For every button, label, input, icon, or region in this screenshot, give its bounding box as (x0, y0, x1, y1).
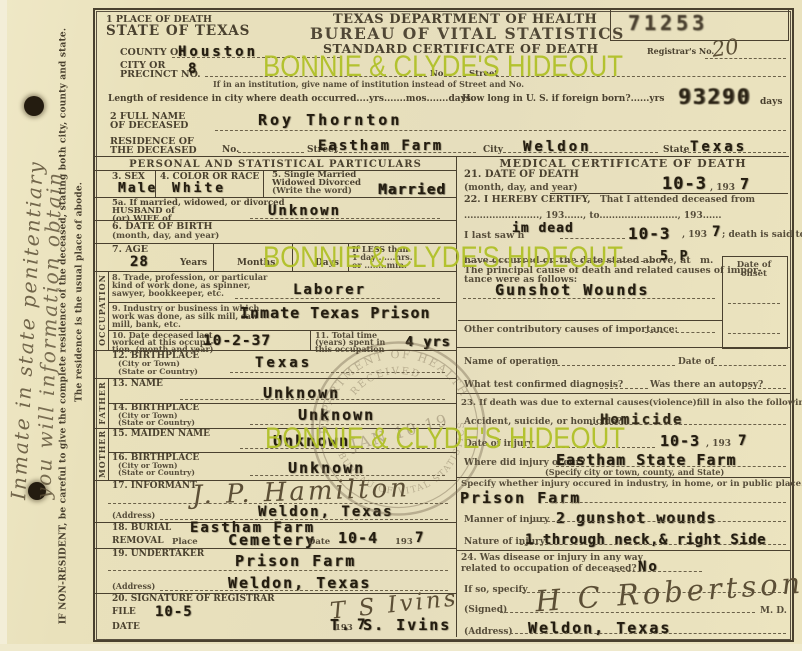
residence-length-label: Length of residence in city where death … (108, 95, 474, 104)
husband-value: Unknown (268, 204, 341, 218)
margin-printed-note-2: The residence is the usual place of abod… (76, 182, 85, 402)
if-so-specify-label: If so, specify (464, 586, 528, 595)
dotted-line (612, 571, 702, 572)
watermark-middle: BONNIE & CLYDE'S HIDEOUT (263, 241, 623, 275)
full-name-label-2: OF DECEASED (110, 121, 188, 131)
last-saw-year-printed: , 193 (682, 231, 707, 240)
birthplace-value: Texas (255, 356, 312, 370)
mother-birthplace-sub-2: (State or Country) (118, 469, 195, 477)
file-label: FILE (112, 608, 136, 617)
dotted-line (215, 130, 786, 131)
father-name-label: 13. NAME (112, 380, 163, 389)
dotted-line (532, 521, 786, 522)
rule (458, 320, 722, 321)
watermark-bottom: BONNIE & CLYDE'S HIDEOUT (265, 422, 625, 456)
rule (456, 393, 790, 394)
last-saw-date: 10-3 (628, 226, 671, 242)
injury-date-value: 10-3 (660, 434, 700, 449)
date-label: DATE (112, 623, 140, 632)
burial-date-value: 10-4 (338, 531, 378, 546)
trade-value: Laborer (293, 283, 366, 297)
dotted-line (510, 633, 786, 634)
mother-cell-divider (108, 428, 109, 480)
dotted-line (748, 388, 786, 389)
hole-punch-top (24, 96, 44, 116)
residence-city-label: City (483, 146, 503, 155)
burial-date-label: Date (308, 538, 330, 547)
q24-label-1: 24. Was disease or injury in any way (461, 554, 643, 563)
dod-year-typed: 7 (740, 177, 750, 192)
age-value: 28 (130, 255, 149, 269)
injury-year-typed: 7 (738, 434, 747, 448)
full-name-value: Roy Thornton (258, 113, 402, 128)
dotted-line (547, 365, 675, 366)
dotted-line (108, 570, 448, 571)
undertaker-address-label: (Address) (112, 582, 155, 590)
age-years-label: Years (180, 259, 207, 268)
date-of-death-value: 10-3 (662, 176, 707, 193)
occupation-vertical-label: OCCUPATION (98, 274, 106, 346)
dotted-line (560, 238, 625, 239)
mother-vertical-label: MOTHER (98, 430, 106, 478)
residence-label-2: THE DECEASED (110, 146, 197, 156)
dotted-line (500, 612, 755, 613)
md-label: M. D. (760, 607, 787, 616)
bureau-title: BUREAU OF VITAL STATISTICS (310, 26, 625, 42)
cell-divider (155, 170, 156, 197)
state-of-texas-label: STATE OF TEXAS (106, 25, 250, 39)
residence-city-value: Weldon (523, 140, 592, 154)
q24-label-2: related to occupation of deceased? (461, 565, 637, 574)
last-saw-year-typed: 7 (712, 225, 721, 239)
rule (456, 550, 790, 551)
undertaker-address-value: Weldon, Texas (228, 576, 371, 591)
onset-label-2: onset (722, 270, 786, 279)
personal-section-title: PERSONAL AND STATISTICAL PARTICULARS (95, 160, 456, 170)
signed-label: (Signed) (464, 606, 507, 615)
dotted-line (235, 298, 440, 299)
page-edge-bottom (0, 644, 802, 651)
cell-divider (213, 243, 214, 271)
specify-note: Specify whether injury occured in indust… (461, 480, 802, 489)
rule (456, 347, 790, 348)
county-value: Houston (178, 45, 258, 59)
occurred-time-value: 5 P (660, 250, 689, 263)
burial-place-line-2: Cemetery (228, 533, 316, 548)
industry-label-3: mill, bank, etc. (112, 320, 181, 328)
cell-divider (263, 170, 264, 197)
last-worked-value: 10-2-37 (203, 334, 271, 349)
residence-state-value: Texas (690, 140, 747, 154)
file-value: 10-5 (155, 605, 193, 619)
dotted-line (463, 298, 715, 299)
certify-blank-line: ........................, 193......, to.… (464, 212, 722, 221)
registrar-typed-name: T. S. Ivins (330, 618, 451, 633)
dotted-line (238, 152, 304, 153)
informant-address-label: (Address) (112, 511, 155, 519)
external-causes-label: 23. If death was due to external causes(… (461, 399, 802, 408)
dotted-line (645, 332, 715, 333)
marital-value: Married (378, 183, 446, 198)
mother-name-label: 15. MAIDEN NAME (112, 430, 210, 439)
margin-printed-note: IF NON-RESIDENT, be careful to give the … (60, 28, 69, 624)
registrar-signature-label: 20. SIGNATURE OF REGISTRAR (112, 595, 275, 604)
days-suffix-label: days (760, 98, 782, 107)
undertaker-label: 19. UNDERTAKER (112, 550, 204, 559)
removal-label: REMOVAL (112, 537, 164, 546)
marital-label-3: (Write the word) (272, 187, 352, 196)
dotted-line (600, 388, 648, 389)
medical-section-title: MEDICAL CERTIFICATE OF DEATH (456, 158, 790, 169)
dotted-line (705, 58, 786, 59)
dotted-line (545, 502, 786, 503)
burial-label: 18. BURIAL (112, 524, 171, 533)
dotted-line (728, 333, 780, 334)
dotted-line (714, 365, 786, 366)
race-value: White (172, 182, 226, 195)
industry-value: Inmate Texas Prison (240, 306, 431, 321)
residence-state-label: State (663, 146, 689, 155)
date-of-death-sub: (month, day, and year) (464, 184, 578, 193)
trade-label-3: sawyer, bookkeeper, etc. (112, 289, 224, 297)
dotted-line (520, 544, 786, 545)
last-saw-suffix: ; death is said to (722, 231, 802, 240)
burial-year-typed: 7 (415, 531, 424, 545)
dob-sub-label: (month, day, and year) (112, 232, 219, 241)
physician-address-label: (Address) (464, 628, 513, 637)
occupation-cell-divider (108, 271, 109, 350)
registrar-no-label: Registrar's No. (647, 47, 714, 55)
page-edge-left (0, 0, 7, 651)
death-certificate-scan: Inmate in state penitentiary you will in… (0, 0, 802, 651)
rule (456, 477, 790, 478)
autopsy-label: Was there an autopsy? (650, 381, 763, 390)
last-saw-overtype: im dead (512, 222, 574, 235)
injury-year-printed: , 193 (706, 440, 731, 449)
residence-street-value: Eastham Farm (318, 139, 443, 153)
precinct-value: 8 (188, 62, 197, 76)
watermark-top: BONNIE & CLYDE'S HIDEOUT (263, 50, 623, 84)
sex-value: Male (118, 182, 157, 195)
dotted-line (728, 303, 780, 304)
father-vertical-label: FATHER (98, 381, 106, 424)
serial-number-stamp: 71253 (628, 13, 708, 33)
serial-middle-stamp: 93290 (678, 87, 751, 108)
foreign-born-label: How long in U. S. if foreign born?......… (462, 95, 664, 104)
burial-year-printed: 193 (395, 538, 413, 547)
place-label: Place (172, 538, 198, 547)
certify-label-rest: That I attended deceased from (600, 196, 755, 205)
father-birthplace-sub-2: (State or Country) (118, 419, 195, 427)
certify-label-bold: 22. I HEREBY CERTIFY, (464, 195, 591, 205)
dod-year-printed: , 193 (710, 184, 735, 193)
operation-date-label: Date of (678, 358, 715, 367)
residence-no-label: No. (222, 146, 239, 155)
where-injury-sub: (Specify city or town, county, and State… (545, 468, 724, 476)
undertaker-value: Prison Farm (235, 554, 356, 569)
date-of-death-label: 21. DATE OF DEATH (464, 170, 579, 180)
cause-of-death-value: Gunshot Wounds (495, 283, 649, 298)
birthplace-sub-2: (State or Country) (118, 368, 198, 376)
manner-of-injury-value: 2 gunshot wounds (556, 511, 717, 526)
dotted-line (250, 218, 440, 219)
informant-label: 17. INFORMANT (112, 482, 197, 491)
